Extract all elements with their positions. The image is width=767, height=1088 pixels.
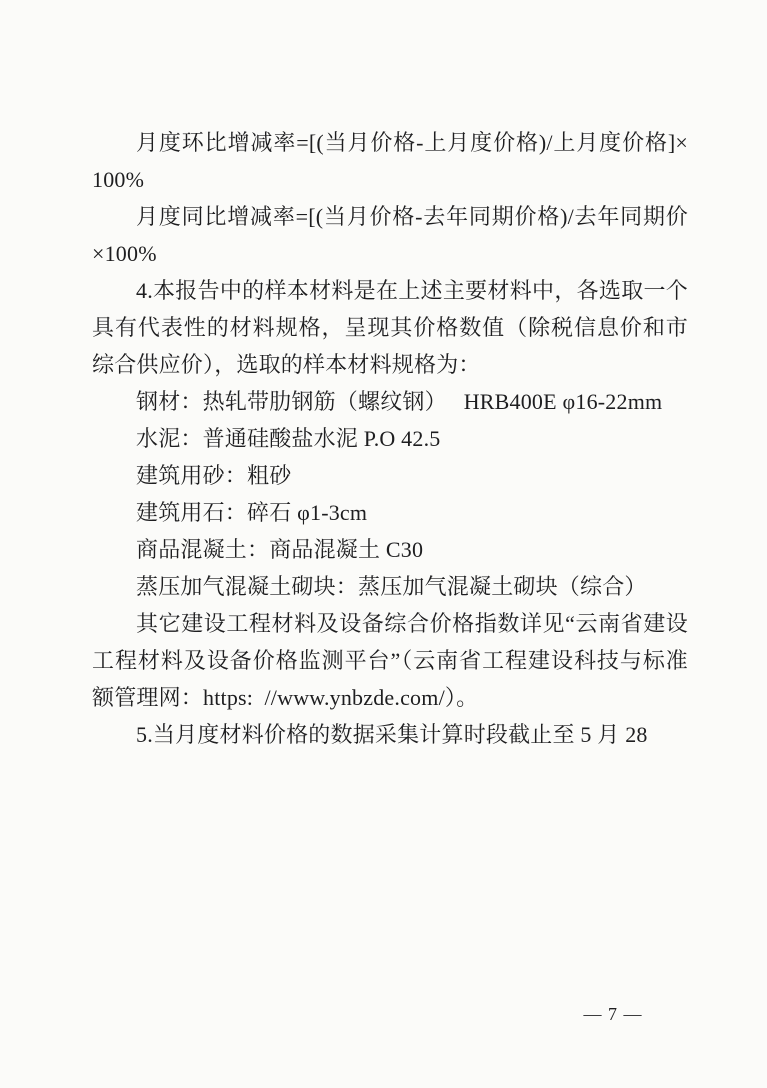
text-line: 100%: [92, 161, 688, 198]
text-line: 蒸压加气混凝土砌块：蒸压加气混凝土砌块（综合）: [92, 568, 688, 605]
text-line: 其它建设工程材料及设备综合价格指数详见“云南省建设: [92, 605, 688, 642]
text-line: 具有代表性的材料规格，呈现其价格数值（除税信息价和市场: [92, 309, 688, 346]
text-line: 钢材：热轧带肋钢筋（螺纹钢） HRB400E φ16-22mm: [92, 383, 688, 420]
document-body: 月度环比增减率=[(当月价格-上月度价格)/上月度价格]×100%月度同比增减率…: [92, 124, 688, 753]
page-number: — 7 —: [577, 1002, 649, 1026]
text-line: 4.本报告中的样本材料是在上述主要材料中，各选取一个: [92, 272, 688, 309]
text-line: 月度同比增减率=[(当月价格-去年同期价格)/去年同期价格]: [92, 198, 688, 235]
text-line: 月度环比增减率=[(当月价格-上月度价格)/上月度价格]×: [92, 124, 688, 161]
text-line: 商品混凝土：商品混凝土 C30: [92, 531, 688, 568]
paper: 月度环比增减率=[(当月价格-上月度价格)/上月度价格]×100%月度同比增减率…: [0, 0, 767, 1088]
text-line: 综合供应价），选取的样本材料规格为：: [92, 346, 688, 383]
text-line: 建筑用石：碎石 φ1-3cm: [92, 494, 688, 531]
text-line: 额管理网：https: //www.ynbzde.com/）。: [92, 679, 688, 716]
text-line: ×100%: [92, 235, 688, 272]
text-line: 建筑用砂：粗砂: [92, 457, 688, 494]
text-line: 5.当月度材料价格的数据采集计算时段截止至 5 月 28 日。: [92, 716, 688, 753]
scanned-document-screenshot: { "page": { "background_color": "#fbfbf9…: [0, 0, 767, 1088]
text-line: 工程材料及设备价格监测平台”（云南省工程建设科技与标准定: [92, 642, 688, 679]
text-line: 水泥：普通硅酸盐水泥 P.O 42.5: [92, 420, 688, 457]
